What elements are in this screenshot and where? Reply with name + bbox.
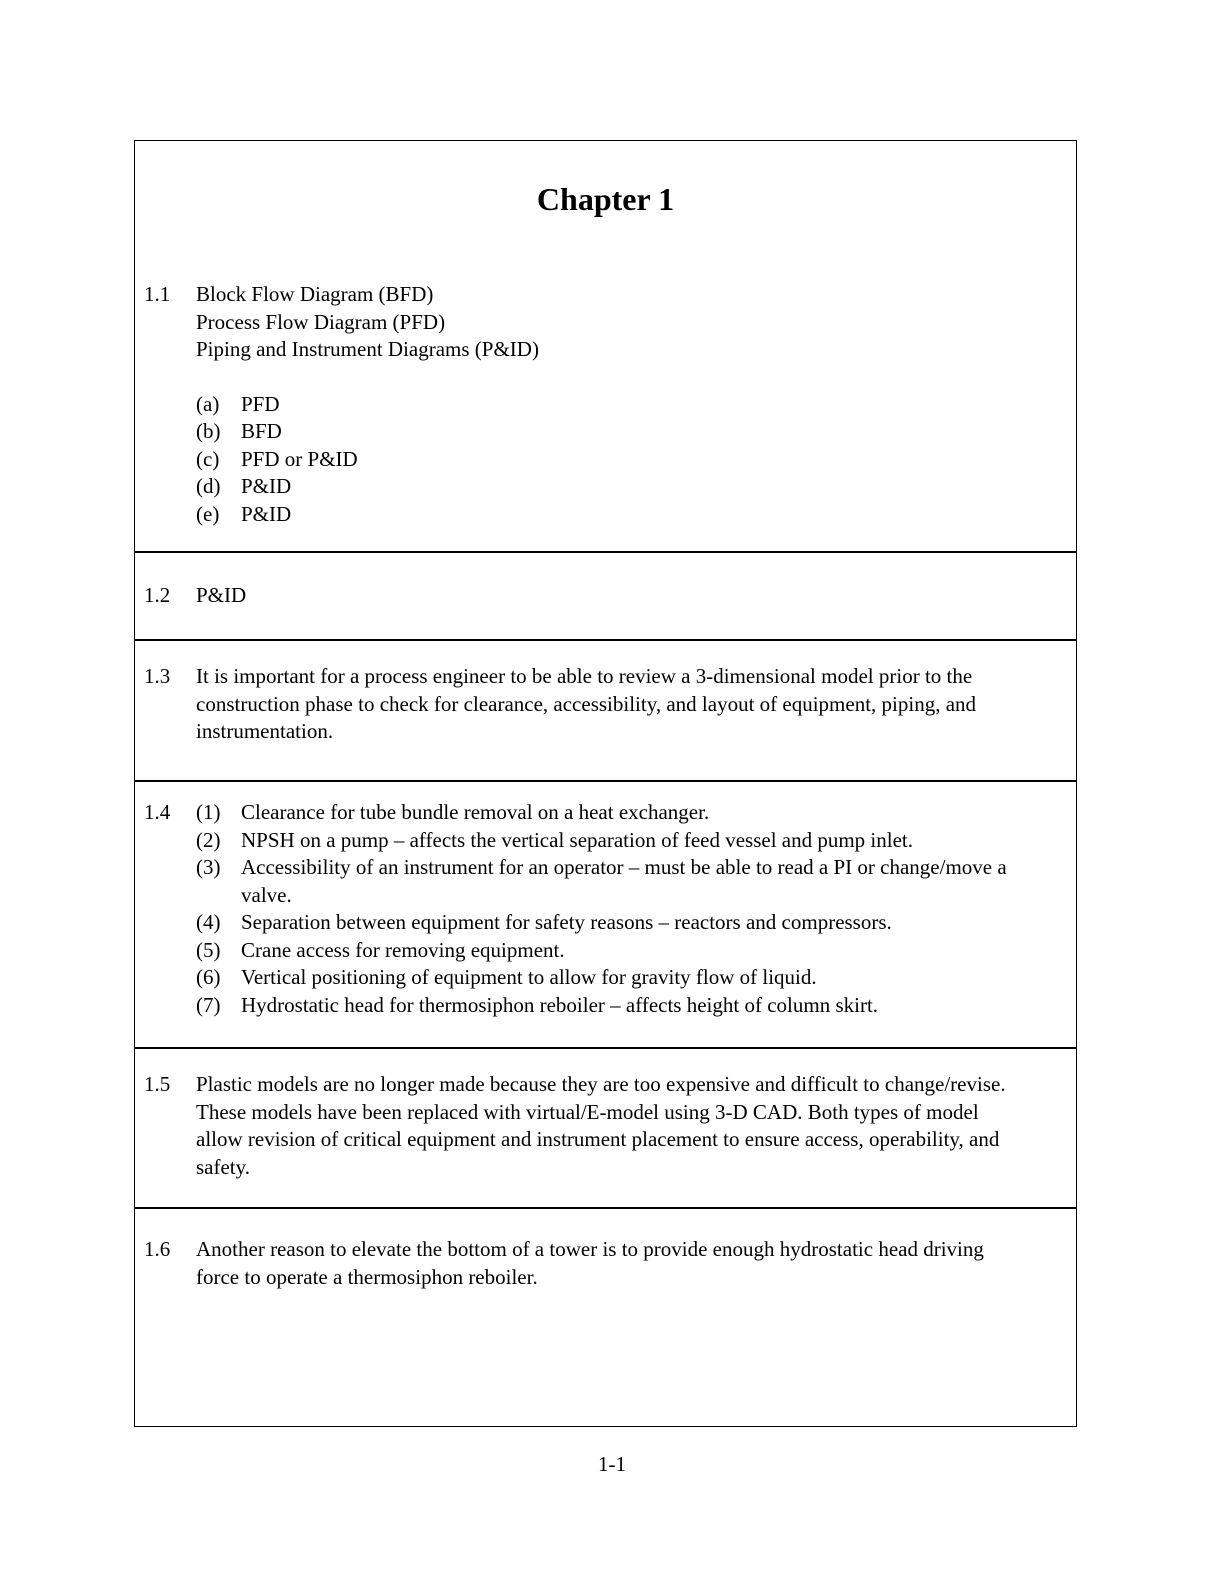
list-item: (6)Vertical positioning of equipment to … — [196, 964, 1016, 992]
list-item: (b)BFD — [196, 418, 1016, 446]
section-text: Plastic models are no longer made becaus… — [196, 1071, 1016, 1181]
section-line: Block Flow Diagram (BFD) — [196, 281, 1016, 309]
divider — [134, 639, 1077, 641]
section-number: 1.2 — [144, 582, 170, 610]
list-item: (c)PFD or P&ID — [196, 446, 1016, 474]
divider — [134, 551, 1077, 553]
section-number: 1.3 — [144, 663, 170, 691]
divider — [134, 1207, 1077, 1209]
section-number: 1.6 — [144, 1236, 170, 1264]
divider — [134, 1047, 1077, 1049]
section-number: 1.1 — [144, 281, 170, 309]
list-item: (a)PFD — [196, 391, 1016, 419]
page-number: 1-1 — [0, 1452, 1224, 1477]
list-item: (e)P&ID — [196, 501, 1016, 529]
list-item: (1)Clearance for tube bundle removal on … — [196, 799, 1016, 827]
section-line: Piping and Instrument Diagrams (P&ID) — [196, 336, 1016, 364]
answer-box: Chapter 1 1.1 Block Flow Diagram (BFD) P… — [134, 140, 1077, 1427]
section-text: Another reason to elevate the bottom of … — [196, 1236, 1016, 1291]
list-item: (5)Crane access for removing equipment. — [196, 937, 1016, 965]
list-item: (7)Hydrostatic head for thermosiphon reb… — [196, 992, 1016, 1020]
list-item: (2)NPSH on a pump – affects the vertical… — [196, 827, 1016, 855]
section-text: It is important for a process engineer t… — [196, 663, 1016, 746]
list-item: (4)Separation between equipment for safe… — [196, 909, 1016, 937]
section-line: Process Flow Diagram (PFD) — [196, 309, 1016, 337]
chapter-title: Chapter 1 — [135, 181, 1076, 218]
list-item: (d)P&ID — [196, 473, 1016, 501]
section-number: 1.4 — [144, 799, 170, 827]
list-item: (3)Accessibility of an instrument for an… — [196, 854, 1016, 909]
divider — [134, 780, 1077, 782]
section-number: 1.5 — [144, 1071, 170, 1099]
section-text: P&ID — [196, 582, 1016, 610]
